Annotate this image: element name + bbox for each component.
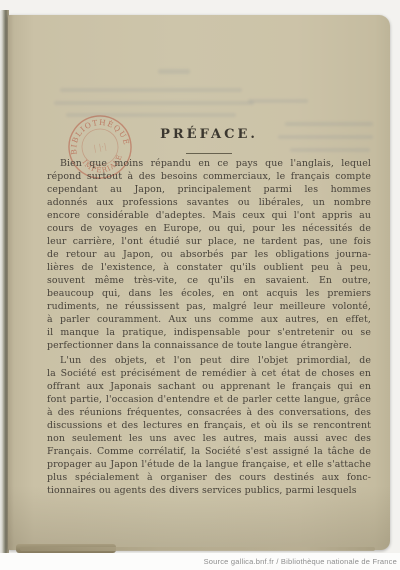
text-line: offrant aux Japonais sachant ou apprenan…: [47, 380, 371, 393]
scanned-book-page: BIBLIOTHÈQUE IMPÉRIALE | |·| PRÉFACE. Bi…: [0, 0, 400, 570]
title-rule: [186, 153, 232, 154]
text-line: discussions et des lectures en français,…: [47, 419, 371, 432]
text-line: rudiments, ne réussissent pas, malgré le…: [47, 300, 371, 313]
page-bottom-edge: [20, 547, 375, 551]
ghost-text-line: [290, 148, 370, 152]
preface-paragraph-2: L'un des objets, et l'on peut dire l'obj…: [47, 354, 371, 497]
ghost-text-line: [158, 69, 190, 74]
text-line: perfectionner dans la connaissance de to…: [47, 339, 371, 352]
ghost-text-line: [285, 122, 373, 126]
text-line: cours de voyages en Europe, ou qui, pour…: [47, 222, 371, 235]
text-line: leur carrière, l'ont étudié sur place, n…: [47, 235, 371, 248]
text-line: font partie, l'occasion d'entendre et de…: [47, 393, 371, 406]
text-line: à des réunions fréquentes, consacrées à …: [47, 406, 371, 419]
footer-source-text: Source gallica.bnf.fr / Bibliothèque nat…: [204, 557, 397, 566]
text-line: lières de l'existence, à constater qu'il…: [47, 261, 371, 274]
text-line: Bien que moins répandu en ce pays que l'…: [47, 157, 371, 170]
text-line: la Société est précisément de remédier à…: [47, 367, 371, 380]
text-line: tionnaires ou agents des divers services…: [47, 484, 371, 497]
text-line: beaucoup qui, dans les écoles, en ont ac…: [47, 287, 371, 300]
preface-paragraph-1: Bien que moins répandu en ce pays que l'…: [47, 157, 371, 352]
text-line: cependant au Japon, principalement parmi…: [47, 183, 371, 196]
text-line: souvent même très-vite, ce qu'ils en sav…: [47, 274, 371, 287]
text-line: plus spécialement à organiser des cours …: [47, 471, 371, 484]
preface-body: Bien que moins répandu en ce pays que l'…: [47, 157, 371, 497]
stamp-center-mark: | |·|: [93, 142, 108, 153]
text-line: il manque la pratique, indispensable pou…: [47, 326, 371, 339]
text-line: encore considérable d'adeptes. Mais ceux…: [47, 209, 371, 222]
text-line: à parler couramment. Aux uns comme aux a…: [47, 313, 371, 326]
text-line: adonnés aux professions savantes ou libé…: [47, 196, 371, 209]
text-line: répond surtout à des besoins commerciaux…: [47, 170, 371, 183]
book-page: BIBLIOTHÈQUE IMPÉRIALE | |·| PRÉFACE. Bi…: [8, 15, 390, 550]
page-title: PRÉFACE.: [47, 127, 371, 142]
text-line: L'un des objets, et l'on peut dire l'obj…: [47, 354, 371, 367]
footer-bar: Source gallica.bnf.fr / Bibliothèque nat…: [0, 553, 400, 570]
text-line: non seulement les uns avec les autres, m…: [47, 432, 371, 445]
ghost-text-line: [60, 88, 242, 92]
text-line: de retour au Japon, ou absorbés par les …: [47, 248, 371, 261]
ghost-text-line: [248, 99, 308, 103]
text-line: propager au Japon l'étude de la langue f…: [47, 458, 371, 471]
text-line: Français. Comme corrélatif, la Société s…: [47, 445, 371, 458]
